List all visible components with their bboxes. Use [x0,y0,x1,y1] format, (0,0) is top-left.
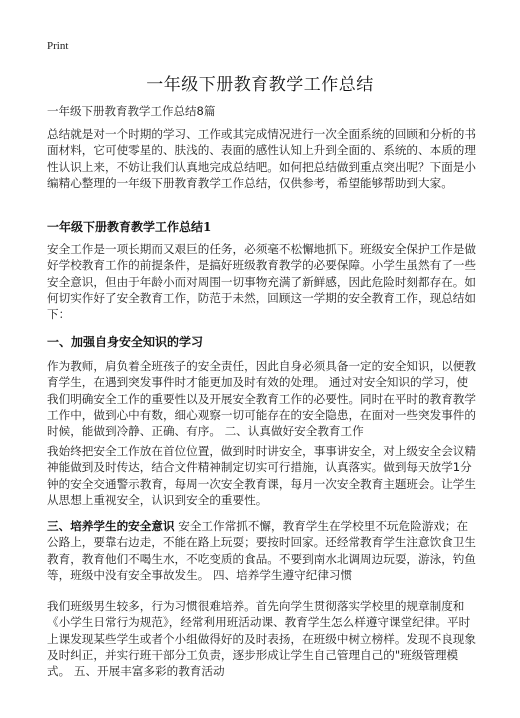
section-1-paragraph: 安全工作是一项长期而又艰巨的任务，必须毫不松懈地抓下。班级安全保护工作是做好学校… [47,241,479,322]
point-3-block: 三、培养学生的安全意识 安全工作常抓不懈，教育学生在学校里不玩危险游戏；在公路上… [47,518,479,583]
document-subtitle: 一年级下册教育教学工作总结8篇 [47,103,215,119]
point-4-paragraph: 我们班级男生较多，行为习惯很难培养。首先向学生贯彻落实学校里的规章制度和《小学生… [47,598,479,679]
intro-paragraph: 总结就是对一个时期的学习、工作或其完成情况进行一次全面系统的回顾和分析的书面材料… [47,126,479,191]
document-title: 一年级下册教育教学工作总结 [0,70,520,95]
point-2-paragraph: 我始终把安全工作放在首位位置，做到时时讲安全，事事讲安全，对上级安全会议精神能做… [47,443,479,508]
point-3-heading: 三、培养学生的安全意识 [47,519,175,533]
point-1-heading: 一、加强自身安全知识的学习 [47,333,203,350]
section-1-heading: 一年级下册教育教学工作总结1 [47,218,211,235]
point-1-paragraph: 作为教师，肩负着全班孩子的安全责任，因此自身必须具备一定的安全知识，以便教育学生… [47,358,479,439]
print-label: Print [47,40,68,52]
